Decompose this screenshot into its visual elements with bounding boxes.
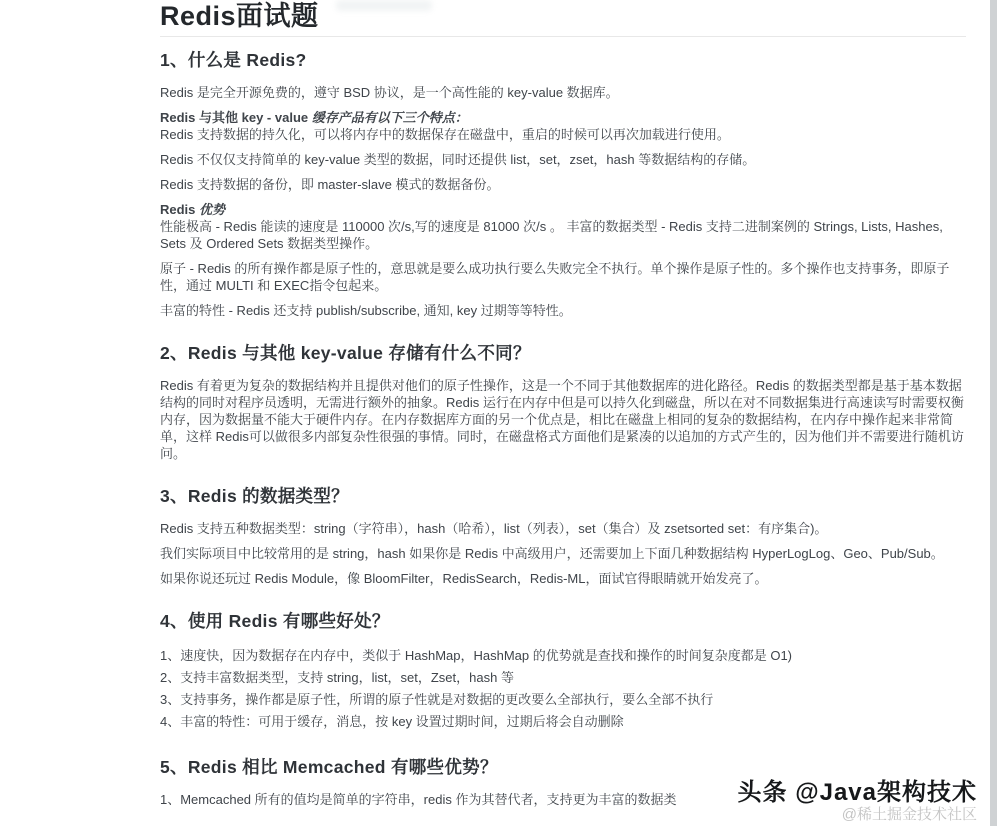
section-3-heading: 3、Redis 的数据类型？: [160, 486, 966, 507]
paragraph-five-types: Redis 支持五种数据类型：string（字符串），hash（哈希），list…: [160, 520, 966, 537]
paragraph-comparison: Redis 有着更为复杂的数据结构并且提供对他们的原子性操作，这是一个不同于其他…: [160, 377, 966, 462]
section-1-heading: 1、什么是 Redis?: [160, 50, 966, 71]
section-4-heading: 4、使用 Redis 有哪些好处？: [160, 611, 966, 632]
section-redis-benefits: 4、使用 Redis 有哪些好处？ 1、速度快，因为数据存在内存中，类似于 Ha…: [160, 611, 966, 733]
paragraph-performance: 性能极高 - Redis 能读的速度是 110000 次/s,写的速度是 810…: [160, 219, 943, 251]
paragraph-intro: Redis 是完全开源免费的，遵守 BSD 协议，是一个高性能的 key-val…: [160, 84, 966, 101]
benefits-list: 1、速度快，因为数据存在内存中，类似于 HashMap，HashMap 的优势就…: [160, 645, 966, 733]
list-item: 2、支持丰富数据类型，支持 string，list，set，Zset，hash …: [160, 667, 966, 689]
list-item: 1、速度快，因为数据存在内存中，类似于 HashMap，HashMap 的优势就…: [160, 645, 966, 667]
paragraph-backup: Redis 支持数据的备份，即 master-slave 模式的数据备份。: [160, 176, 966, 193]
paragraph-redis-module: 如果你说还玩过 Redis Module，像 BloomFilter，Redis…: [160, 570, 966, 587]
paragraph-atomic: 原子 - Redis 的所有操作都是原子性的，意思就是要么成功执行要么失败完全不…: [160, 260, 966, 294]
article-content: Redis面试题 1、什么是 Redis? Redis 是完全开源免费的，遵守 …: [160, 0, 966, 808]
lead-advantages-en: Redis: [160, 202, 199, 217]
paragraph-three-features: Redis 与其他 key - value 缓存产品有以下三个特点：Redis …: [160, 109, 966, 143]
list-item: 3、支持事务，操作都是原子性，所谓的原子性就是对数据的更改要么全部执行，要么全部…: [160, 689, 966, 711]
title-divider: [160, 36, 966, 37]
lead-advantages-zh: 优势: [199, 202, 225, 217]
lead-three-features-zh: 缓存产品有以下三个特点：: [312, 110, 468, 125]
watermark: 头条 @Java架构技术 @稀土掘金技术社区: [738, 772, 977, 824]
section-redis-vs-other-kv: 2、Redis 与其他 key-value 存储有什么不同？ Redis 有着更…: [160, 343, 966, 462]
paragraph-rich-features: 丰富的特性 - Redis 还支持 publish/subscribe, 通知,…: [160, 302, 966, 319]
paragraph-data-types: Redis 不仅仅支持简单的 key-value 类型的数据，同时还提供 lis…: [160, 151, 966, 168]
vertical-scrollbar[interactable]: [990, 0, 997, 826]
page-title: Redis面试题: [160, 0, 966, 31]
lead-three-features-en: Redis 与其他 key - value: [160, 110, 312, 125]
list-item: 4、丰富的特性：可用于缓存，消息，按 key 设置过期时间，过期后将会自动删除: [160, 711, 966, 733]
paragraph-common-types: 我们实际项目中比较常用的是 string，hash 如果你是 Redis 中高级…: [160, 545, 966, 562]
section-2-heading: 2、Redis 与其他 key-value 存储有什么不同？: [160, 343, 966, 364]
watermark-primary: 头条 @Java架构技术: [738, 772, 977, 807]
paragraph-advantages: Redis 优势性能极高 - Redis 能读的速度是 110000 次/s,写…: [160, 201, 966, 252]
paragraph-persistence: Redis 支持数据的持久化，可以将内存中的数据保存在磁盘中，重启的时候可以再次…: [160, 127, 730, 142]
section-what-is-redis: 1、什么是 Redis? Redis 是完全开源免费的，遵守 BSD 协议，是一…: [160, 50, 966, 319]
section-data-types: 3、Redis 的数据类型？ Redis 支持五种数据类型：string（字符串…: [160, 486, 966, 587]
